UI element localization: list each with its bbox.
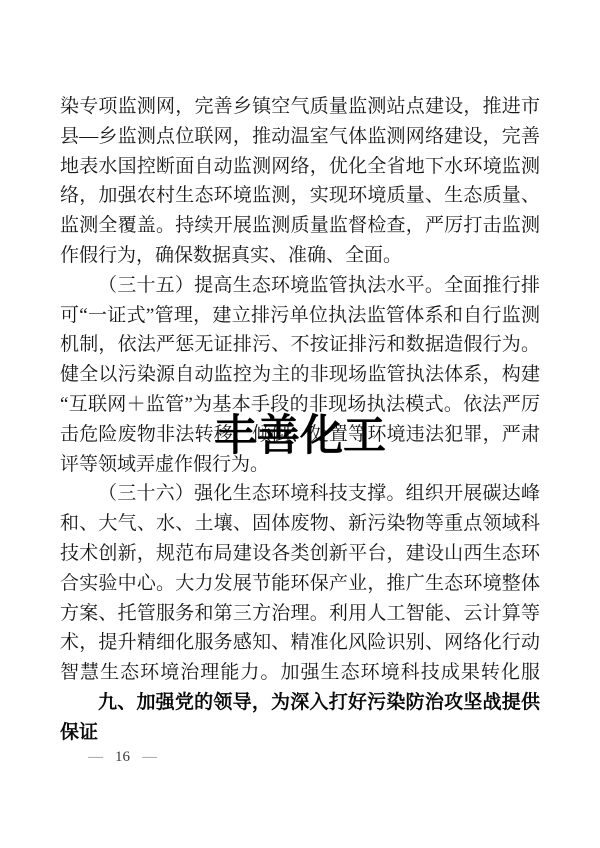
text-line: 络，加强农村生态环境监测，实现环境质量、生态质量、污染源 xyxy=(60,181,540,211)
text-line: 可“一证式”管理，建立排污单位执法监管体系和自行监测监管 xyxy=(60,301,540,331)
footer-left-dash: — xyxy=(88,749,103,765)
text-line: 击危险废物非法转移、倾倒、处置等环境违法犯罪，严肃查处环 xyxy=(60,420,540,450)
para-35-supervision-enforcement: （三十五）提高生态环境监管执法水平。全面推行排污许可“一证式”管理，建立排污单位… xyxy=(60,271,540,480)
page-number: 16 xyxy=(115,749,130,765)
text-line: 智慧生态环境治理能力。加强生态环境科技成果转化服务。 xyxy=(60,658,540,688)
text-line: （三十五）提高生态环境监管执法水平。全面推行排污许 xyxy=(60,271,540,301)
text-line: 监测全覆盖。持续开展监测质量监督检查，严厉打击监测弄虚 xyxy=(60,211,540,241)
text-line: 合实验中心。大力发展节能环保产业，推广生态环境整体解决 xyxy=(60,569,540,599)
text-line: 机制，依法严惩无证排污、不按证排污和数据造假行为。建立 xyxy=(60,330,540,360)
text-line: 术，提升精细化服务感知、精准化风险识别、网络化行动协作的 xyxy=(60,628,540,658)
text-line: “互联网＋监管”为基本手段的非现场执法模式。依法严厉打 xyxy=(60,390,540,420)
text-line: 和、大气、水、土壤、固体废物、新污染物等重点领域科技攻关与 xyxy=(60,509,540,539)
document-page: 染专项监测网，完善乡镇空气质量监测站点建设，推进市—县—乡监测点位联网，推动温室… xyxy=(0,0,600,848)
page-footer: —16— xyxy=(88,748,157,766)
text-line: 保证 xyxy=(60,718,540,748)
text-line: 作假行为，确保数据真实、准确、全面。 xyxy=(60,241,540,271)
para-36-science-tech-support: （三十六）强化生态环境科技支撑。组织开展碳达峰碳中和、大气、水、土壤、固体废物、… xyxy=(60,479,540,688)
text-line: 九、加强党的领导，为深入打好污染防治攻坚战提供坚强 xyxy=(60,688,540,718)
text-line: 健全以污染源自动监控为主的非现场监管执法体系，构建以 xyxy=(60,360,540,390)
text-line: 评等领域弄虚作假行为。 xyxy=(60,450,540,480)
text-line: 地表水国控断面自动监测网络，优化全省地下水环境监测网 xyxy=(60,152,540,182)
text-line: 技术创新，规范布局建设各类创新平台，建设山西生态环境综 xyxy=(60,539,540,569)
text-line: （三十六）强化生态环境科技支撑。组织开展碳达峰碳中 xyxy=(60,479,540,509)
para-monitoring-network-continued: 染专项监测网，完善乡镇空气质量监测站点建设，推进市—县—乡监测点位联网，推动温室… xyxy=(60,92,540,271)
text-line: 方案、托管服务和第三方治理。利用人工智能、云计算等新技 xyxy=(60,599,540,629)
text-line: 染专项监测网，完善乡镇空气质量监测站点建设，推进市— xyxy=(60,92,540,122)
document-body: 染专项监测网，完善乡镇空气质量监测站点建设，推进市—县—乡监测点位联网，推动温室… xyxy=(60,92,540,748)
heading-section-9-party-leadership: 九、加强党的领导，为深入打好污染防治攻坚战提供坚强保证 xyxy=(60,688,540,748)
footer-right-dash: — xyxy=(142,749,157,765)
text-line: 县—乡监测点位联网，推动温室气体监测网络建设，完善全省 xyxy=(60,122,540,152)
